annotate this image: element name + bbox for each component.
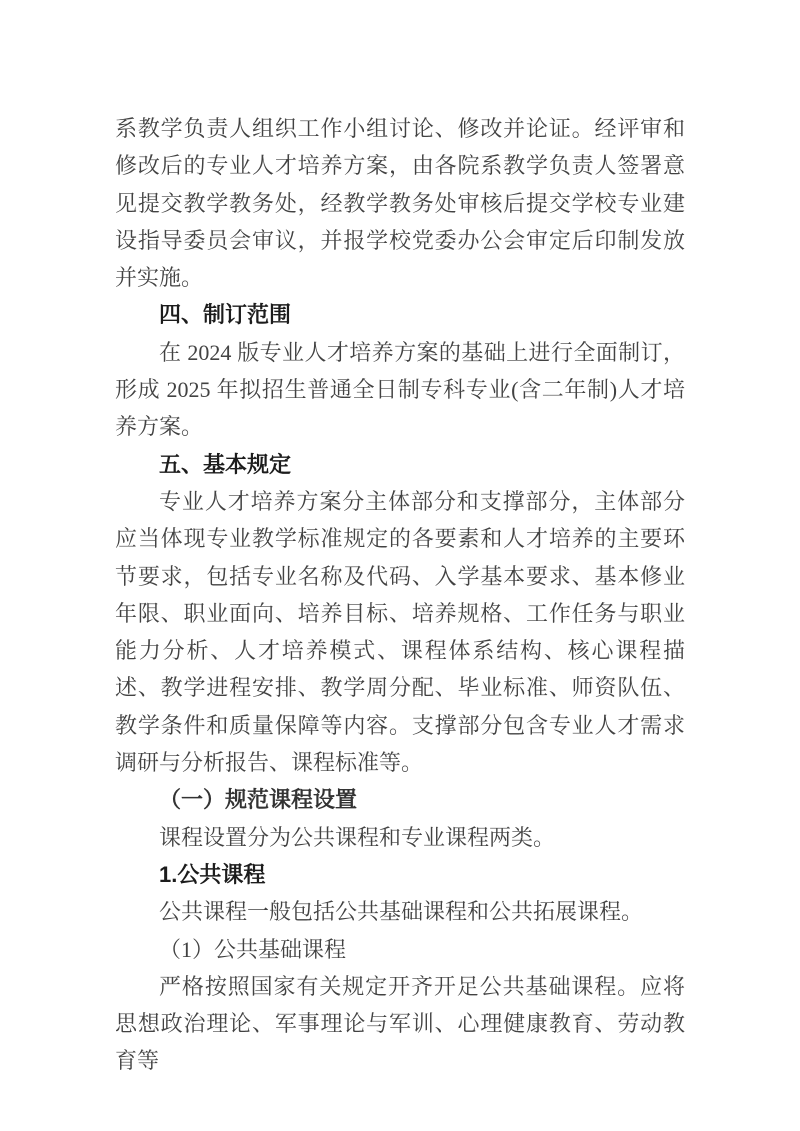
paragraph-public-basic-courses-label: （1）公共基础课程: [115, 931, 685, 968]
section-heading-scope: 四、制订范围: [115, 296, 685, 333]
subsection-heading-public-courses: 1.公共课程: [115, 856, 685, 893]
document-page: 系教学负责人组织工作小组讨论、修改并论证。经评审和修改后的专业人才培养方案，由各…: [0, 0, 800, 1131]
document-text-block: 系教学负责人组织工作小组讨论、修改并论证。经评审和修改后的专业人才培养方案，由各…: [115, 110, 685, 1080]
section-heading-basic-rules: 五、基本规定: [115, 446, 685, 483]
paragraph-public-basic-courses-detail: 严格按照国家有关规定开齐开足公共基础课程。应将思想政治理论、军事理论与军训、心理…: [115, 968, 685, 1080]
paragraph-basic-rules: 专业人才培养方案分主体部分和支撑部分，主体部分应当体现专业教学标准规定的各要素和…: [115, 483, 685, 781]
paragraph-scope: 在 2024 版专业人才培养方案的基础上进行全面制订，形成 2025 年拟招生普…: [115, 334, 685, 446]
paragraph-public-courses: 公共课程一般包括公共基础课程和公共拓展课程。: [115, 893, 685, 930]
paragraph-course-categories: 课程设置分为公共课程和专业课程两类。: [115, 819, 685, 856]
subsection-heading-course-setup: （一）规范课程设置: [115, 781, 685, 818]
paragraph-approval-process: 系教学负责人组织工作小组讨论、修改并论证。经评审和修改后的专业人才培养方案，由各…: [115, 110, 685, 296]
